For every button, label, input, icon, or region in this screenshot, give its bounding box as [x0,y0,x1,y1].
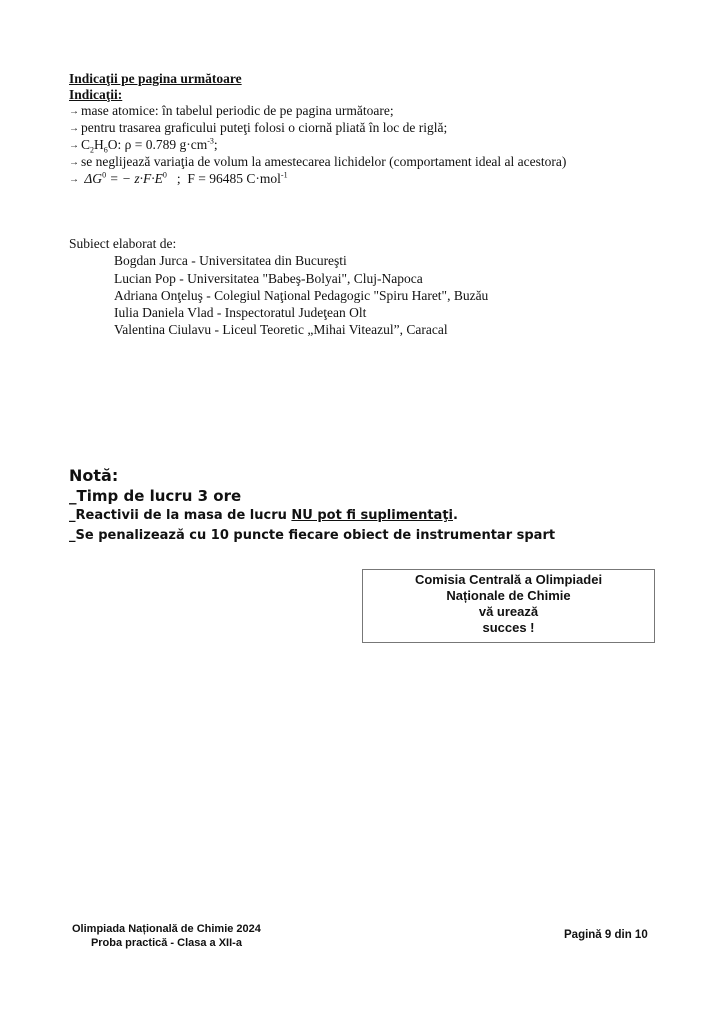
authors-intro: Subiect elaborat de: [69,235,488,252]
note-title: Notă: [69,466,555,486]
wish-line: vă urează [363,604,654,620]
wish-line: Comisia Centrală a Olimpiadei [363,572,654,588]
arrow-icon: → [69,138,79,154]
note-reagents: _Reactivii de la masa de lucru NU pot fi… [69,506,555,526]
author-item: Iulia Daniela Vlad - Inspectoratul Judeţ… [69,304,488,321]
arrow-icon: → [69,155,79,171]
heading-next-page: Indicaţii pe pagina următoare [69,71,566,87]
wish-line: succes ! [363,620,654,636]
note-section: Notă: _Timp de lucru 3 ore _Reactivii de… [69,466,555,546]
author-item: Bogdan Jurca - Universitatea din Bucureş… [69,252,488,269]
footer-line1: Olimpiada Națională de Chimie 2024 [72,922,261,936]
footer-title: Olimpiada Națională de Chimie 2024 Proba… [72,922,261,950]
arrow-icon: → [69,104,79,120]
good-luck-box: Comisia Centrală a Olimpiadei Naționale … [362,569,655,643]
indications-section: Indicaţii pe pagina următoare Indicaţii:… [69,71,566,188]
note-time: _Timp de lucru 3 ore [69,486,555,506]
note-penalty: _Se penalizează cu 10 puncte fiecare obi… [69,526,555,546]
page-number: Pagină 9 din 10 [564,929,648,941]
arrow-icon: → [69,121,79,137]
indication-volume: →se neglijează variaţia de volum la ames… [69,154,566,171]
wish-line: Naționale de Chimie [363,588,654,604]
author-item: Adriana Onţeluş - Colegiul Naţional Peda… [69,287,488,304]
authors-section: Subiect elaborat de: Bogdan Jurca - Univ… [69,235,488,339]
indication-density: →C2H6O: ρ = 0.789 g·cm-3; [69,137,566,154]
indication-atomic-masses: →mase atomice: în tabelul periodic de pe… [69,103,566,120]
indication-gibbs-formula: → ΔG0 = − z·F·E0; F = 96485 C·mol-1 [69,171,566,188]
indications-heading: Indicaţii: [69,87,566,103]
author-item: Valentina Ciulavu - Liceul Teoretic „Mih… [69,321,488,338]
indication-graph: →pentru trasarea graficului puteţi folos… [69,120,566,137]
arrow-icon: → [69,172,79,188]
author-item: Lucian Pop - Universitatea "Babeş-Bolyai… [69,270,488,287]
footer-line2: Proba practică - Clasa a XII-a [72,936,261,950]
